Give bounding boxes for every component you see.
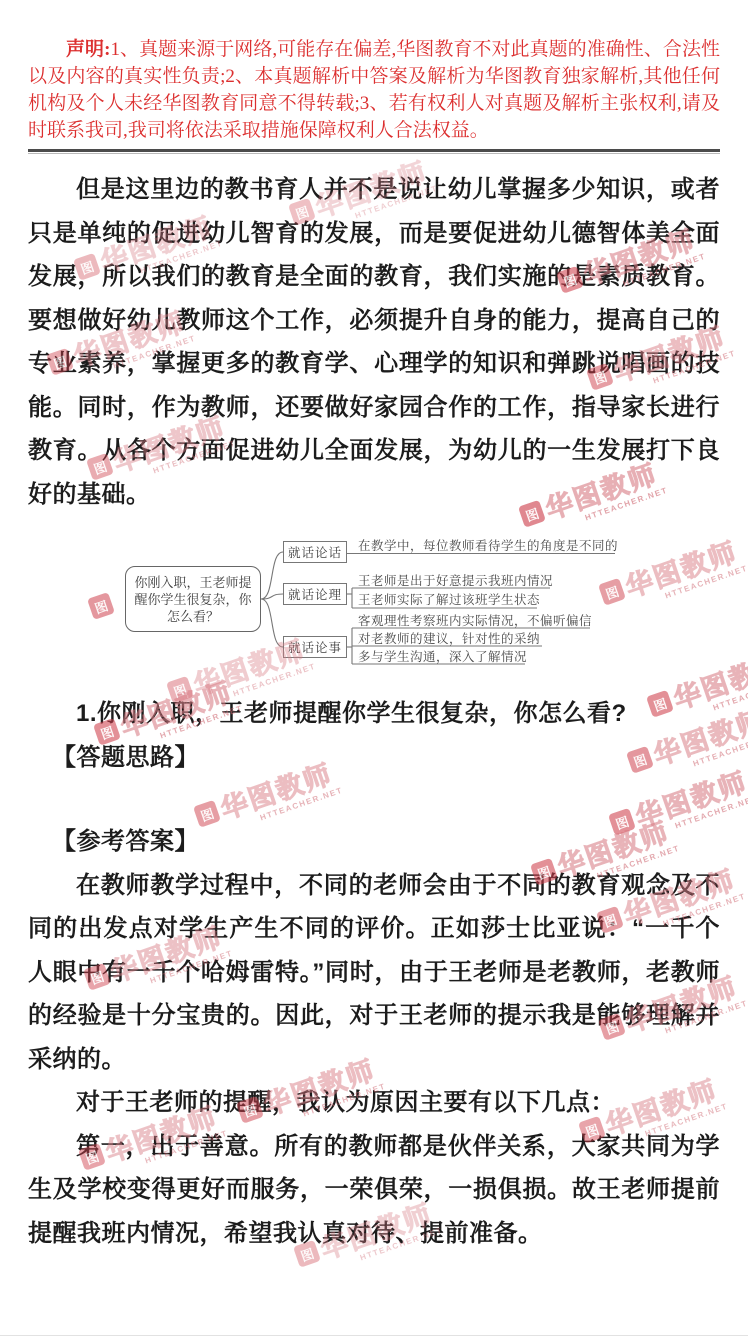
mindmap-diagram: 你刚入职，王老师提醒你学生很复杂，你怎么看？ 就话论话 就话论理 就话论事 在教… bbox=[110, 526, 670, 678]
mindmap-branch-node: 就话论理 bbox=[283, 583, 347, 605]
mindmap-leaf: 多与学生沟通，深入了解情况 bbox=[358, 647, 527, 665]
mindmap-branch-node: 就话论事 bbox=[283, 636, 347, 658]
mindmap-branch-node: 就话论话 bbox=[283, 541, 347, 563]
mindmap-root-label: 你刚入职，王老师提醒你学生很复杂，你怎么看？ bbox=[134, 574, 252, 625]
disclaimer-body: 1、真题来源于网络,可能存在偏差,华图教育不对此真题的准确性、合法性以及内容的真… bbox=[28, 39, 720, 141]
mindmap-leaf: 王老师实际了解过该班学生状态 bbox=[358, 590, 540, 608]
answer-paragraph-3: 第一，出于善意。所有的教师都是伙伴关系，大家共同为学生及学校变得更好而服务，一荣… bbox=[28, 1125, 720, 1256]
watermark-domain: HTTEACHER.NET bbox=[664, 564, 748, 600]
section-header-thinking: 【答题思路】 bbox=[28, 736, 720, 780]
body-paragraph: 但是这里边的教书育人并不是说让幼儿掌握多少知识，或者只是单纯的促进幼儿智育的发展… bbox=[28, 168, 720, 516]
answer-paragraph-2: 对于王老师的提醒，我认为原因主要有以下几点： bbox=[28, 1081, 720, 1125]
mindmap-root-node: 你刚入职，王老师提醒你学生很复杂，你怎么看？ bbox=[125, 566, 261, 632]
question-text: 1.你刚入职，王老师提醒你学生很复杂，你怎么看? bbox=[28, 692, 720, 736]
mindmap-leaf: 对老教师的建议，针对性的采纳 bbox=[358, 629, 540, 647]
disclaimer-text: 声明:1、真题来源于网络,可能存在偏差,华图教育不对此真题的准确性、合法性以及内… bbox=[28, 0, 720, 144]
watermark-domain: HTTEACHER.NET bbox=[259, 786, 344, 822]
document-page: 声明:1、真题来源于网络,可能存在偏差,华图教育不对此真题的准确性、合法性以及内… bbox=[0, 0, 748, 1336]
header-divider bbox=[28, 149, 720, 154]
answer-paragraph-1: 在教师教学过程中，不同的老师会由于不同的教育观念及不同的出发点对学生产生不同的评… bbox=[28, 864, 720, 1082]
mindmap-leaf: 在教学中，每位教师看待学生的角度是不同的 bbox=[358, 536, 618, 554]
section-header-answer: 【参考答案】 bbox=[28, 820, 720, 864]
mindmap-leaf: 客观理性考察班内实际情况，不偏听偏信 bbox=[358, 611, 592, 629]
mindmap-leaf: 王老师是出于好意提示我班内情况 bbox=[358, 571, 553, 589]
disclaimer-label: 声明: bbox=[66, 39, 110, 60]
